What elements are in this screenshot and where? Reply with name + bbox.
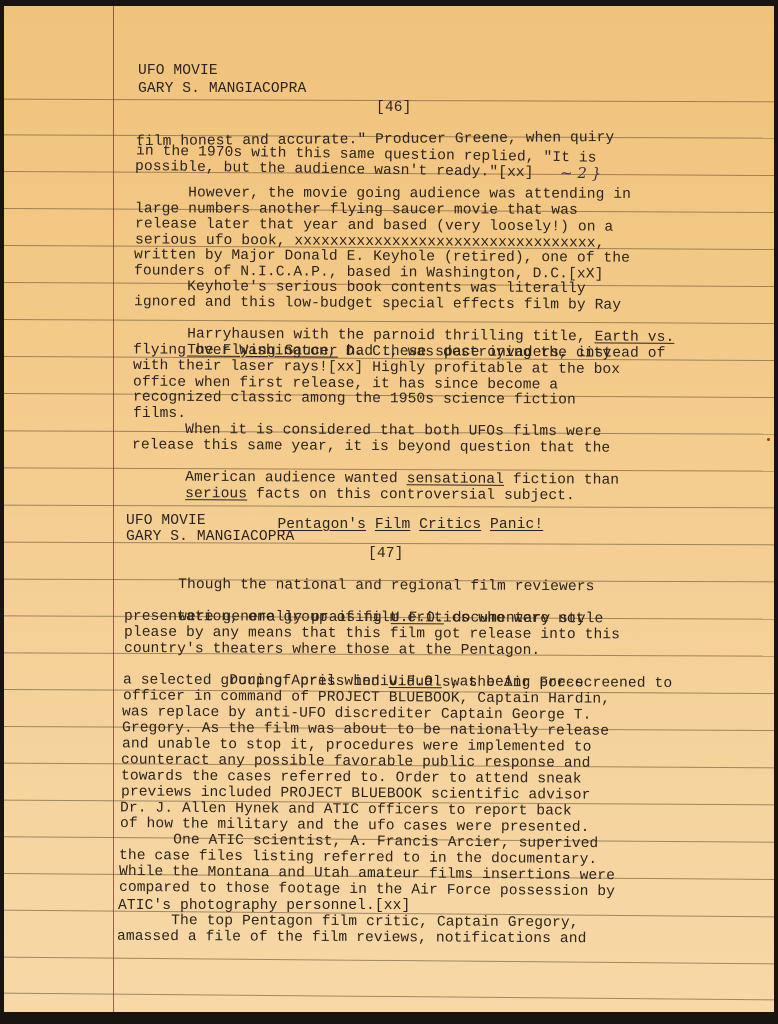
header-author: GARY S. MANGIACOPRA [126, 529, 294, 545]
page-number: [47] [368, 546, 403, 562]
red-mark [767, 438, 770, 441]
heading-word: Panic! [490, 517, 543, 533]
header-author: GARY S. MANGIACOPRA [138, 81, 306, 97]
handwritten-mark: ~ 2 } [560, 164, 601, 182]
text-line: films. [133, 406, 186, 422]
ruled-line [4, 993, 774, 1001]
ruled-line [4, 957, 774, 965]
header-title: UFO MOVIE [138, 63, 218, 79]
typed-manuscript-page: UFO MOVIE GARY S. MANGIACOPRA [46] film … [4, 6, 774, 1012]
text-line: However, the movie going audience was at… [135, 185, 631, 203]
text-line: amassed a file of the film reviews, noti… [117, 929, 587, 947]
heading-word: Film [375, 517, 410, 533]
heading-word: Critics [419, 517, 481, 533]
text-line: ATIC's photography personnel.[xx] [118, 898, 410, 914]
emphasis-serious: serious [185, 486, 247, 502]
margin-line [113, 6, 114, 1012]
text-line: recognized classic among the 1950s scien… [133, 389, 576, 408]
header-title: UFO MOVIE [126, 513, 206, 529]
page-number: [46] [376, 100, 411, 116]
